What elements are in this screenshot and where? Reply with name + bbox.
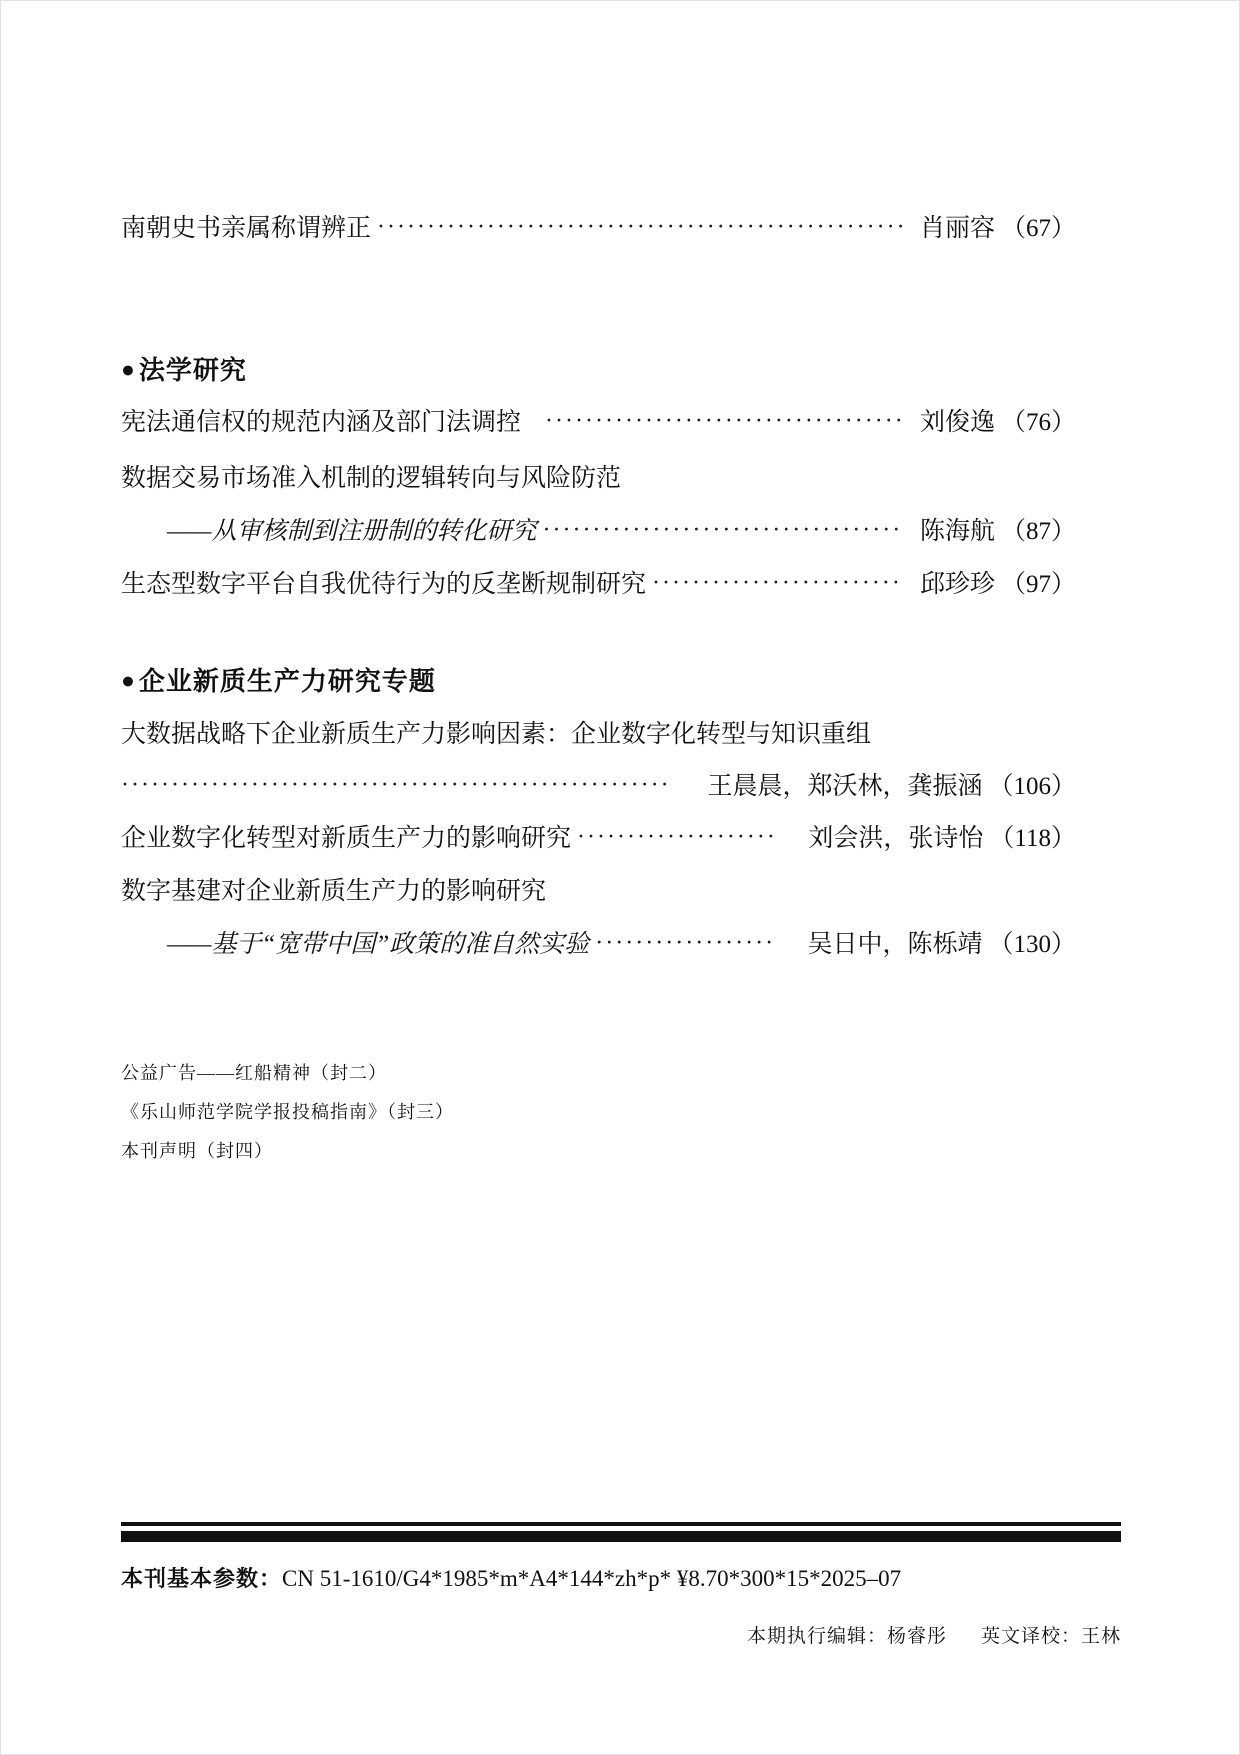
entry-page-number: （106） xyxy=(988,772,1076,802)
entry-title: 宪法通信权的规范内涵及部门法调控 xyxy=(121,408,521,438)
section-heading-law: ● 法学研究 xyxy=(121,354,1121,386)
entry-authors: 刘会洪，张诗怡 xyxy=(808,824,983,854)
content-column: 南朝史书亲属称谓辨正 肖丽容 （67） ● 法学研究 宪法通信权的规范内涵及部门… xyxy=(121,1,1121,1650)
toc-entry-title-line: 数据交易市场准入机制的逻辑转向与风险防范 xyxy=(121,464,1121,494)
english-proofreader: 英文译校：王林 xyxy=(981,1626,1121,1647)
section-heading-new-productivity: ● 企业新质生产力研究专题 xyxy=(121,665,1121,697)
entry-authors: 肖丽容 xyxy=(920,214,995,244)
divider-rule-thick xyxy=(121,1531,1121,1542)
entry-subtitle: ——基于“宽带中国”政策的准自然实验 xyxy=(121,930,589,960)
toc-entry: 宪法通信权的规范内涵及部门法调控 刘俊逸 （76） xyxy=(121,408,1121,438)
entry-page-number: （130） xyxy=(988,930,1076,960)
section-bullet-icon: ● xyxy=(121,353,136,385)
toc-entry: 南朝史书亲属称谓辨正 肖丽容 （67） xyxy=(121,214,1121,244)
journal-toc-page: 南朝史书亲属称谓辨正 肖丽容 （67） ● 法学研究 宪法通信权的规范内涵及部门… xyxy=(0,0,1240,1755)
back-matter-line: 《乐山师范学院学报投稿指南》（封三） xyxy=(121,1099,1121,1125)
leader-dots xyxy=(121,770,673,800)
toc-entry: 企业数字化转型对新质生产力的影响研究 刘会洪，张诗怡 （118） xyxy=(121,824,1121,854)
entry-page-number: （67） xyxy=(1001,214,1076,244)
entry-title: 南朝史书亲属称谓辨正 xyxy=(121,214,371,244)
back-matter-line: 本刊声明（封四） xyxy=(121,1138,1121,1164)
leader-dots xyxy=(652,568,904,598)
params-value: CN 51-1610/G4*1985*m*A4*144*zh*p* ¥8.70*… xyxy=(282,1566,901,1591)
section-heading-label: 企业新质生产力研究专题 xyxy=(139,665,436,697)
section-bullet-icon: ● xyxy=(121,664,136,696)
entry-page-number: （97） xyxy=(1001,570,1076,600)
back-matter-line: 公益广告——红船精神（封二） xyxy=(121,1060,1121,1086)
entry-title: 数字基建对企业新质生产力的影响研究 xyxy=(121,877,546,907)
entry-title: 数据交易市场准入机制的逻辑转向与风险防范 xyxy=(121,464,621,494)
entry-authors: 王晨晨，郑沃林，龚振涵 xyxy=(707,772,982,802)
leader-dots xyxy=(542,515,904,545)
entry-title: 企业数字化转型对新质生产力的影响研究 xyxy=(121,824,571,854)
entry-authors: 刘俊逸 xyxy=(920,408,995,438)
section-heading-label: 法学研究 xyxy=(139,354,247,386)
toc-entry-authors-line: 王晨晨，郑沃林，龚振涵 （106） xyxy=(121,772,1121,802)
toc-entry: 生态型数字平台自我优待行为的反垄断规制研究 邱珍珍 （97） xyxy=(121,570,1121,600)
entry-title: 生态型数字平台自我优待行为的反垄断规制研究 xyxy=(121,570,646,600)
back-matter: 公益广告——红船精神（封二） 《乐山师范学院学报投稿指南》（封三） 本刊声明（封… xyxy=(121,1060,1121,1164)
leader-dots xyxy=(577,822,774,852)
leader-dots xyxy=(545,406,904,436)
executive-editor: 本期执行编辑：杨睿彤 xyxy=(747,1626,947,1647)
entry-page-number: （87） xyxy=(1001,517,1076,547)
leader-dots xyxy=(377,212,904,242)
entry-authors: 邱珍珍 xyxy=(920,570,995,600)
entry-title: 大数据战略下企业新质生产力影响因素：企业数字化转型与知识重组 xyxy=(121,720,871,750)
issue-editors-line: 本期执行编辑：杨睿彤英文译校：王林 xyxy=(121,1624,1121,1650)
entry-authors: 吴日中，陈栎靖 xyxy=(807,930,982,960)
entry-subtitle: ——从审核制到注册制的转化研究 xyxy=(121,517,536,547)
divider-rule-thin xyxy=(121,1522,1121,1526)
params-label: 本刊基本参数： xyxy=(121,1566,282,1591)
entry-authors: 陈海航 xyxy=(920,517,995,547)
toc-entry-title-line: 数字基建对企业新质生产力的影响研究 xyxy=(121,877,1121,907)
toc-entry-subtitle-line: ——基于“宽带中国”政策的准自然实验 吴日中，陈栎靖 （130） xyxy=(121,930,1121,960)
entry-page-number: （76） xyxy=(1001,408,1076,438)
entry-page-number: （118） xyxy=(989,824,1076,854)
toc-entry-subtitle-line: ——从审核制到注册制的转化研究 陈海航 （87） xyxy=(121,517,1121,547)
leader-dots xyxy=(595,928,773,958)
toc-entry-title-line: 大数据战略下企业新质生产力影响因素：企业数字化转型与知识重组 xyxy=(121,720,1121,750)
journal-basic-parameters: 本刊基本参数：CN 51-1610/G4*1985*m*A4*144*zh*p*… xyxy=(121,1564,1121,1594)
